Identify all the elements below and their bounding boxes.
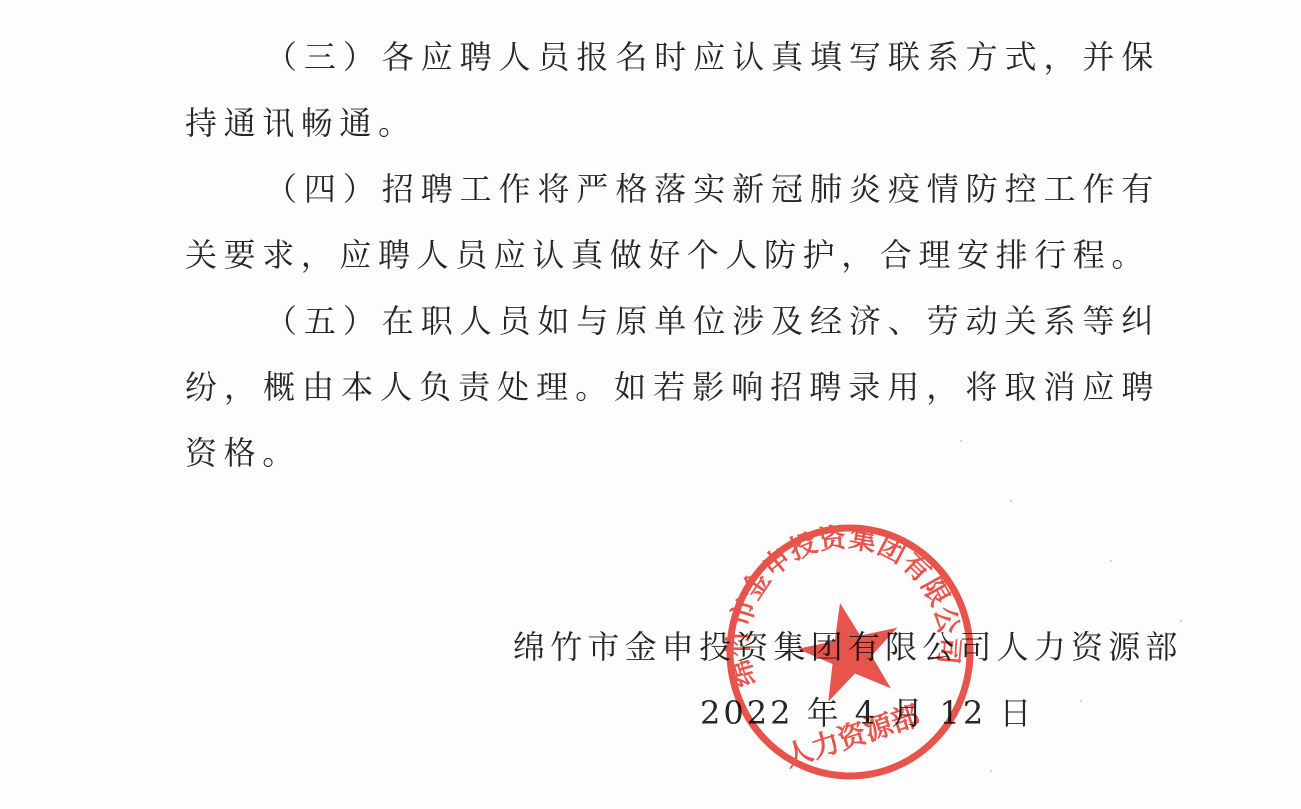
scan-speck xyxy=(960,440,962,442)
document-page: （三）各应聘人员报名时应认真填写联系方式，并保持通讯畅通。 （四）招聘工作将严格… xyxy=(0,0,1301,809)
scan-speck xyxy=(1010,500,1012,502)
scan-speck xyxy=(1180,620,1182,622)
scan-speck xyxy=(990,770,992,772)
official-seal-stamp: 绵竹市金申投资集团有限公司 人力资源部 xyxy=(722,520,978,782)
paragraph-item-5: （五）在职人员如与原单位涉及经济、劳动关系等纠纷，概由本人负责处理。如若影响招聘… xyxy=(185,288,1160,486)
star-icon xyxy=(790,592,909,705)
scan-speck xyxy=(1080,700,1082,702)
paragraph-item-4: （四）招聘工作将严格落实新冠肺炎疫情防控工作有关要求，应聘人员应认真做好个人防护… xyxy=(185,156,1160,288)
paragraph-item-3: （三）各应聘人员报名时应认真填写联系方式，并保持通讯畅通。 xyxy=(185,24,1160,156)
scan-speck xyxy=(1110,560,1112,562)
